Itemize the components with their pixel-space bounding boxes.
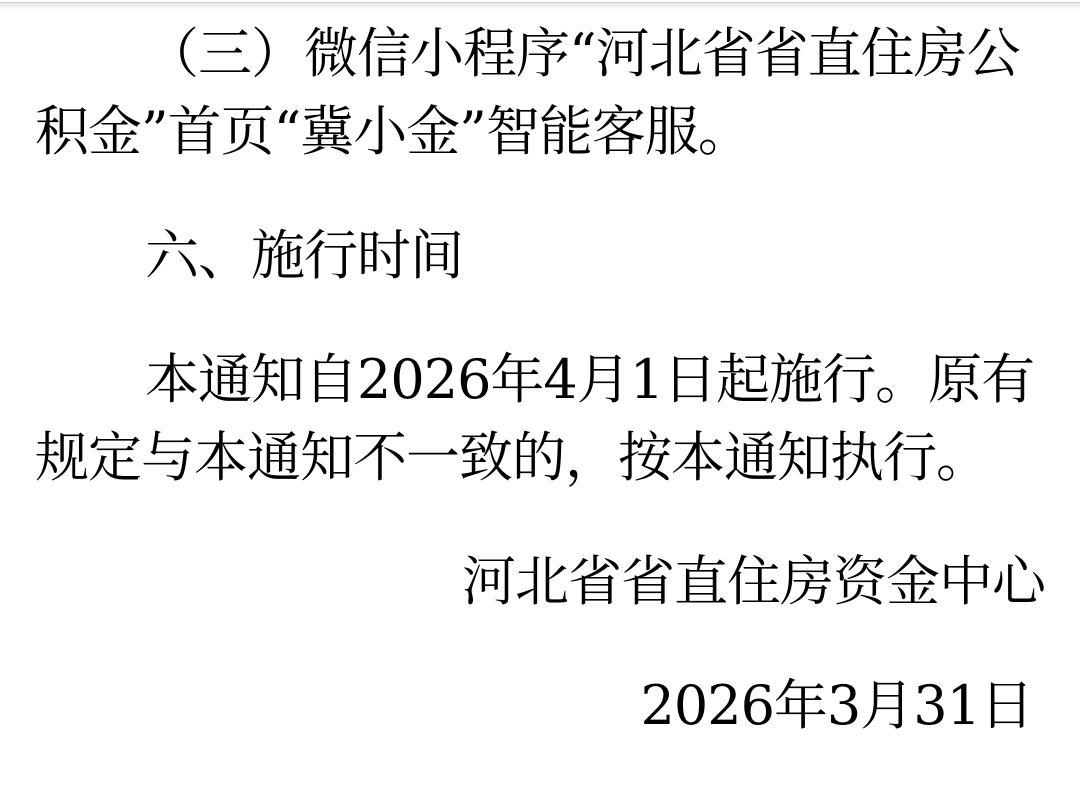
signature-date: 2026年3月31日	[35, 667, 1045, 745]
section-heading-implementation-time: 六、施行时间	[35, 217, 1045, 295]
paragraph-wechat-line-1: （三）微信小程序“河北省省直住房公	[35, 15, 1045, 93]
paragraph-effective-line-1: 本通知自2026年4月1日起施行。原有	[35, 341, 1045, 419]
document-page: （三）微信小程序“河北省省直住房公 积金”首页“冀小金”智能客服。 六、施行时间…	[0, 0, 1080, 794]
signature-issuer: 河北省省直住房资金中心	[35, 543, 1045, 621]
paragraph-wechat-channel: （三）微信小程序“河北省省直住房公 积金”首页“冀小金”智能客服。	[35, 15, 1045, 171]
paragraph-effective-line-2: 规定与本通知不一致的，按本通知执行。	[35, 419, 1045, 497]
paragraph-wechat-line-2: 积金”首页“冀小金”智能客服。	[35, 93, 1045, 171]
page-top-edge	[0, 0, 1080, 9]
notice-body: （三）微信小程序“河北省省直住房公 积金”首页“冀小金”智能客服。 六、施行时间…	[0, 9, 1080, 745]
paragraph-effective-date: 本通知自2026年4月1日起施行。原有 规定与本通知不一致的，按本通知执行。	[35, 341, 1045, 497]
